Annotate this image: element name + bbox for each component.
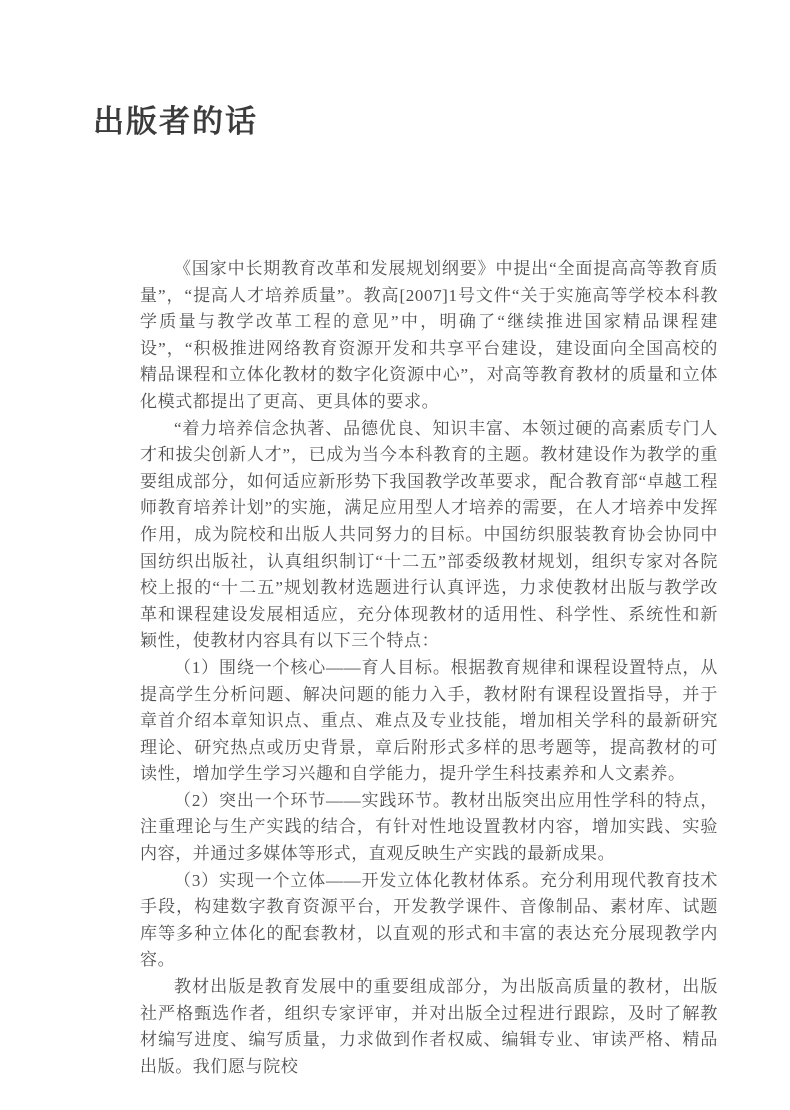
paragraph: （1）围绕一个核心——育人目标。根据教育规律和课程设置特点，从提高学生分析问题、…	[140, 655, 718, 788]
paragraph: （2）突出一个环节——实践环节。教材出版突出应用性学科的特点，注重理论与生产实践…	[140, 788, 718, 868]
book-page: 出版者的话 《国家中长期教育改革和发展规划纲要》中提出“全面提高高等教育质量”，…	[0, 0, 790, 1110]
paragraph: 《国家中长期教育改革和发展规划纲要》中提出“全面提高高等教育质量”，“提高人才培…	[140, 256, 718, 416]
body-text: 《国家中长期教育改革和发展规划纲要》中提出“全面提高高等教育质量”，“提高人才培…	[140, 256, 718, 1080]
paragraph: “着力培养信念执著、品德优良、知识丰富、本领过硬的高素质专门人才和拔尖创新人才”…	[140, 416, 718, 655]
paragraph: 教材出版是教育发展中的重要组成部分，为出版高质量的教材，出版社严格甄选作者，组织…	[140, 974, 718, 1080]
page-title: 出版者的话	[93, 96, 258, 141]
paragraph: （3）实现一个立体——开发立体化教材体系。充分利用现代教育技术手段，构建数字教育…	[140, 868, 718, 974]
